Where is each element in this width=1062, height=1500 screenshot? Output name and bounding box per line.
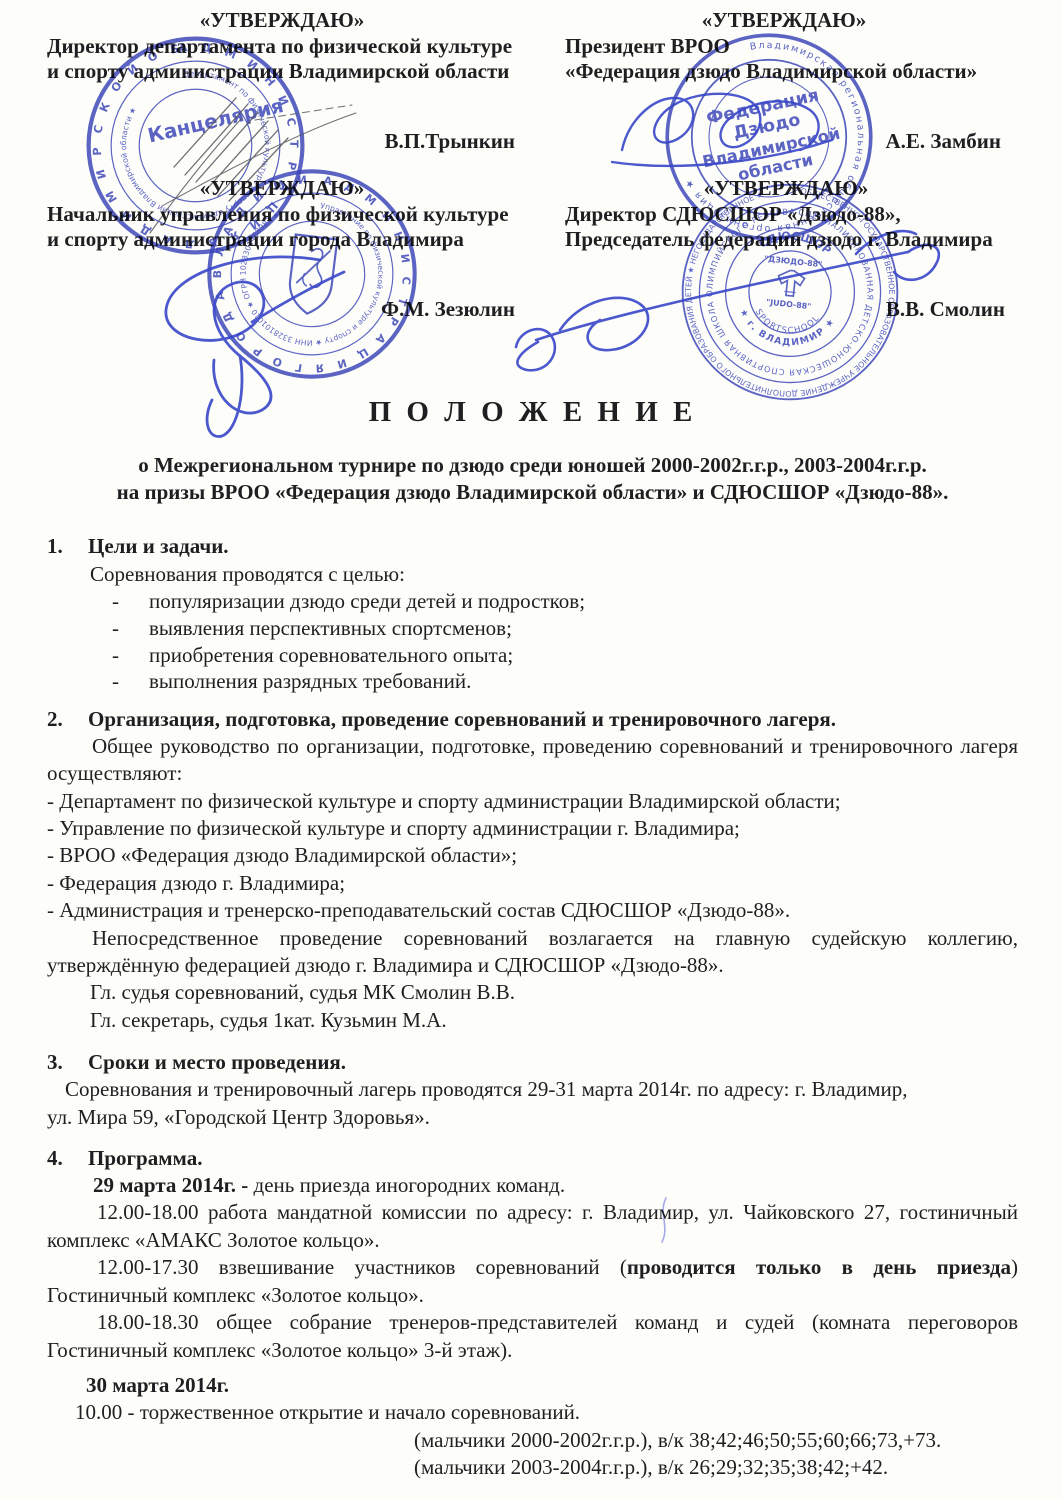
approval-block-judo88: «УТВЕРЖДАЮ» Директор СДЮСШОР «Дзюдо-88»,… [565, 176, 1007, 322]
approval-block-city-dept: «УТВЕРЖДАЮ» Начальник управления по физи… [47, 176, 517, 322]
bullet-dash: - [112, 642, 149, 669]
weighin-bold-note: проводится только в день приезда [627, 1255, 1011, 1279]
approval-title-line: Начальник управления по физической культ… [47, 202, 517, 227]
section-heading-text: Цели и задачи. [88, 533, 229, 560]
program-day1: 29 марта 2014г. - день приезда иногородн… [93, 1172, 1018, 1199]
weighin-pre: 12.00-17.30 взвешивание участников сорев… [97, 1255, 627, 1279]
bullet-text: приобретения соревновательного опыта; [149, 642, 513, 669]
subtitle-line2: на призы ВРОО «Федерация дзюдо Владимирс… [47, 479, 1018, 506]
bullet-text: популяризации дзюдо среди детей и подрос… [149, 588, 585, 615]
program-item-meeting: 18.00-18.30 общее собрание тренеров-пред… [47, 1309, 1018, 1364]
referee-paragraph: Непосредственное проведение соревнований… [47, 925, 1018, 980]
list-item: - популяризации дзюдо среди детей и подр… [47, 588, 1018, 615]
dates-line1: Соревнования и тренировочный лагерь пров… [47, 1076, 1018, 1103]
approval-title-line: и спорту администрации Владимирской обла… [47, 59, 517, 84]
signer-name: Ф.М. Зезюлин [47, 297, 517, 322]
approval-header: «УТВЕРЖДАЮ» Директор департамента по физ… [47, 8, 1018, 360]
bullet-dash: - [112, 615, 149, 642]
bullet-dash: - [112, 668, 149, 695]
signer-name: В.В. Смолин [565, 297, 1007, 322]
organization-paragraph: Общее руководство по организации, подгот… [47, 733, 1018, 788]
scanned-document-page: «УТВЕРЖДАЮ» Директор департамента по физ… [0, 0, 1062, 1500]
section-goals: 1. Цели и задачи. Соревнования проводятс… [47, 533, 1018, 695]
bullet-dash: - [112, 588, 149, 615]
weight-categories-2003: (мальчики 2003-2004г.г.р.), в/к 26;29;32… [414, 1454, 1018, 1481]
org-line: - Департамент по физической культуре и с… [47, 788, 1018, 815]
approval-block-federation: «УТВЕРЖДАЮ» Президент ВРОО «Федерация дз… [565, 8, 1003, 154]
document-subtitle: о Межрегиональном турнире по дзюдо среди… [47, 452, 1018, 506]
dates-line2: ул. Мира 59, «Городской Центр Здоровья». [47, 1104, 1018, 1131]
subtitle-line1: о Межрегиональном турнире по дзюдо среди… [47, 452, 1018, 479]
goals-intro: Соревнования проводятся с целью: [90, 561, 1018, 588]
signer-name: В.П.Трынкин [47, 129, 517, 154]
bullet-text: выполнения разрядных требований. [149, 668, 471, 695]
section-number: 3. [47, 1049, 88, 1076]
org-line: - ВРОО «Федерация дзюдо Владимирской обл… [47, 842, 1018, 869]
section-number: 4. [47, 1145, 88, 1172]
org-line: - Федерация дзюдо г. Владимира; [47, 870, 1018, 897]
section-program: 4. Программа. 29 марта 2014г. - день при… [47, 1145, 1018, 1481]
approval-title-line: «Федерация дзюдо Владимирской области» [565, 59, 1003, 84]
section-number: 2. [47, 706, 88, 733]
signer-name: А.Е. Замбин [565, 129, 1003, 154]
approval-title-line: и спорту администрации города Владимира [47, 227, 517, 252]
document-title: П О Л О Ж Е Н И Е [47, 396, 1018, 429]
chief-secretary-line: Гл. секретарь, судья 1кат. Кузьмин М.А. [90, 1007, 1018, 1034]
section-heading: 3. Сроки и место проведения. [47, 1049, 1018, 1076]
day1-date: 29 марта 2014г. - [93, 1173, 248, 1197]
approve-word: «УТВЕРЖДАЮ» [47, 176, 517, 201]
list-item: - выявления перспективных спортсменов; [47, 615, 1018, 642]
section-heading-text: Программа. [88, 1145, 202, 1172]
org-line: - Администрация и тренерско-преподавател… [47, 897, 1018, 924]
section-heading-text: Организация, подготовка, проведение соре… [88, 706, 836, 733]
bullet-text: выявления перспективных спортсменов; [149, 615, 512, 642]
list-item: - приобретения соревновательного опыта; [47, 642, 1018, 669]
section-heading: 4. Программа. [47, 1145, 1018, 1172]
section-number: 1. [47, 533, 88, 560]
chief-judge-line: Гл. судья соревнований, судья МК Смолин … [90, 979, 1018, 1006]
approval-block-department: «УТВЕРЖДАЮ» Директор департамента по физ… [47, 8, 517, 154]
section-heading-text: Сроки и место проведения. [88, 1049, 346, 1076]
day1-text: день приезда иногородних команд. [248, 1173, 565, 1197]
approve-word: «УТВЕРЖДАЮ» [565, 8, 1003, 33]
weight-categories-2000: (мальчики 2000-2002г.г.р.), в/к 38;42;46… [414, 1427, 1018, 1454]
program-item-weighin: 12.00-17.30 взвешивание участников сорев… [47, 1254, 1018, 1309]
section-organization: 2. Организация, подготовка, проведение с… [47, 706, 1018, 1034]
section-heading: 1. Цели и задачи. [47, 533, 1018, 560]
approval-title-line: Директор департамента по физической куль… [47, 34, 517, 59]
document-content: «УТВЕРЖДАЮ» Директор департамента по физ… [0, 0, 1062, 1482]
approve-word: «УТВЕРЖДАЮ» [47, 8, 517, 33]
program-opening: 10.00 - торжественное открытие и начало … [75, 1399, 1018, 1426]
approval-title-line: Президент ВРОО [565, 34, 1003, 59]
section-dates-place: 3. Сроки и место проведения. Соревновани… [47, 1049, 1018, 1131]
list-item: - выполнения разрядных требований. [47, 668, 1018, 695]
approval-title-line: Председатель федерации дзюдо г. Владимир… [565, 227, 1007, 252]
program-item-commission: 12.00-18.00 работа мандатной комиссии по… [47, 1199, 1018, 1254]
approve-word: «УТВЕРЖДАЮ» [565, 176, 1007, 201]
section-heading: 2. Организация, подготовка, проведение с… [47, 706, 1018, 733]
approval-title-line: Директор СДЮСШОР «Дзюдо-88», [565, 202, 1007, 227]
org-line: - Управление по физической культуре и сп… [47, 815, 1018, 842]
program-day2-date: 30 марта 2014г. [86, 1372, 1018, 1399]
